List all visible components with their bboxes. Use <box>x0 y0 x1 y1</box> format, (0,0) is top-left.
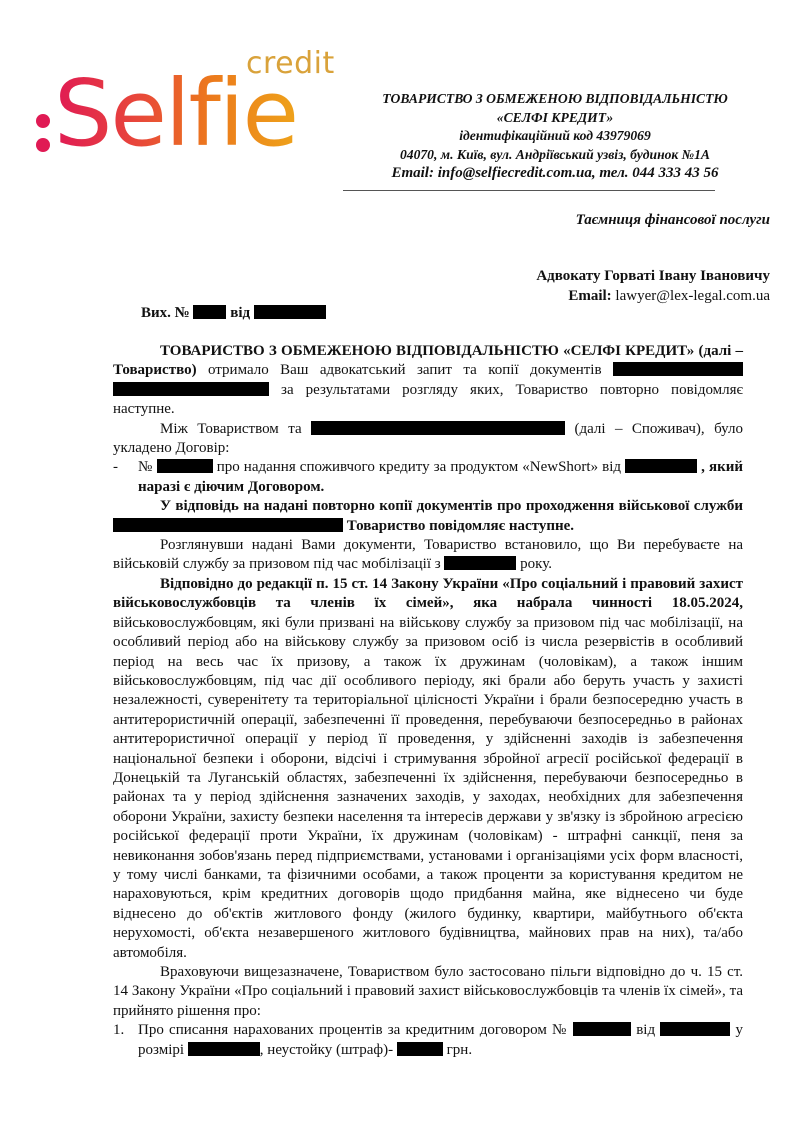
paragraph-decision: Враховуючи вищезазначене, Товариством бу… <box>113 963 743 1021</box>
redacted-block <box>113 518 343 532</box>
redacted-block <box>254 305 326 319</box>
company-contacts: Email: info@selfiecredit.com.ua, тел. 04… <box>350 164 760 183</box>
redacted-block <box>157 459 213 473</box>
contract-item: -№ про надання споживчого кредиту за про… <box>113 458 743 497</box>
header-divider <box>343 190 715 191</box>
company-id: ідентифікаційний код 43979069 <box>350 127 760 146</box>
redacted-block <box>573 1022 631 1036</box>
company-header: ТОВАРИСТВО З ОБМЕЖЕНОЮ ВІДПОВІДАЛЬНІСТЮ … <box>350 90 760 183</box>
paragraph-response: У відповідь на надані повторно копії док… <box>113 497 743 536</box>
addressee-email: lawyer@lex-legal.com.ua <box>615 288 770 304</box>
selfie-credit-logo: Selfie credit <box>28 52 348 162</box>
paragraph-findings: Розглянувши надані Вами документи, Товар… <box>113 536 743 575</box>
outgoing-number: Вих. № від <box>141 305 326 322</box>
addressee: Адвокату Горваті Івану Івановичу Email: … <box>536 266 770 306</box>
company-address: 04070, м. Київ, вул. Андріївський узвіз,… <box>350 146 760 165</box>
paragraph-law: Відповідно до редакції п. 15 ст. 14 Зако… <box>113 575 743 963</box>
addressee-name: Адвокату Горваті Івану Івановичу <box>536 266 770 286</box>
redacted-block <box>113 382 269 396</box>
redacted-block <box>613 362 743 376</box>
secrecy-label: Таємниця фінансової послуги <box>576 212 770 229</box>
logo-sub: credit <box>246 46 335 81</box>
decision-item-1: 1.Про списання нарахованих процентів за … <box>113 1021 743 1060</box>
paragraph-intro: ТОВАРИСТВО З ОБМЕЖЕНОЮ ВІДПОВІДАЛЬНІСТЮ … <box>113 342 743 420</box>
redacted-block <box>188 1042 260 1056</box>
letter-body: ТОВАРИСТВО З ОБМЕЖЕНОЮ ВІДПОВІДАЛЬНІСТЮ … <box>113 342 743 1060</box>
paragraph-contract: Між Товариством та (далі – Споживач), бу… <box>113 420 743 459</box>
company-name: ТОВАРИСТВО З ОБМЕЖЕНОЮ ВІДПОВІДАЛЬНІСТЮ <box>350 90 760 109</box>
company-brand: «СЕЛФІ КРЕДИТ» <box>350 109 760 128</box>
redacted-block <box>193 305 226 319</box>
redacted-block <box>444 556 516 570</box>
logo-colon-icon <box>36 114 50 162</box>
addressee-email-line: Email: lawyer@lex-legal.com.ua <box>536 286 770 306</box>
redacted-block <box>660 1022 730 1036</box>
redacted-block <box>311 421 565 435</box>
redacted-block <box>625 459 697 473</box>
redacted-block <box>397 1042 443 1056</box>
